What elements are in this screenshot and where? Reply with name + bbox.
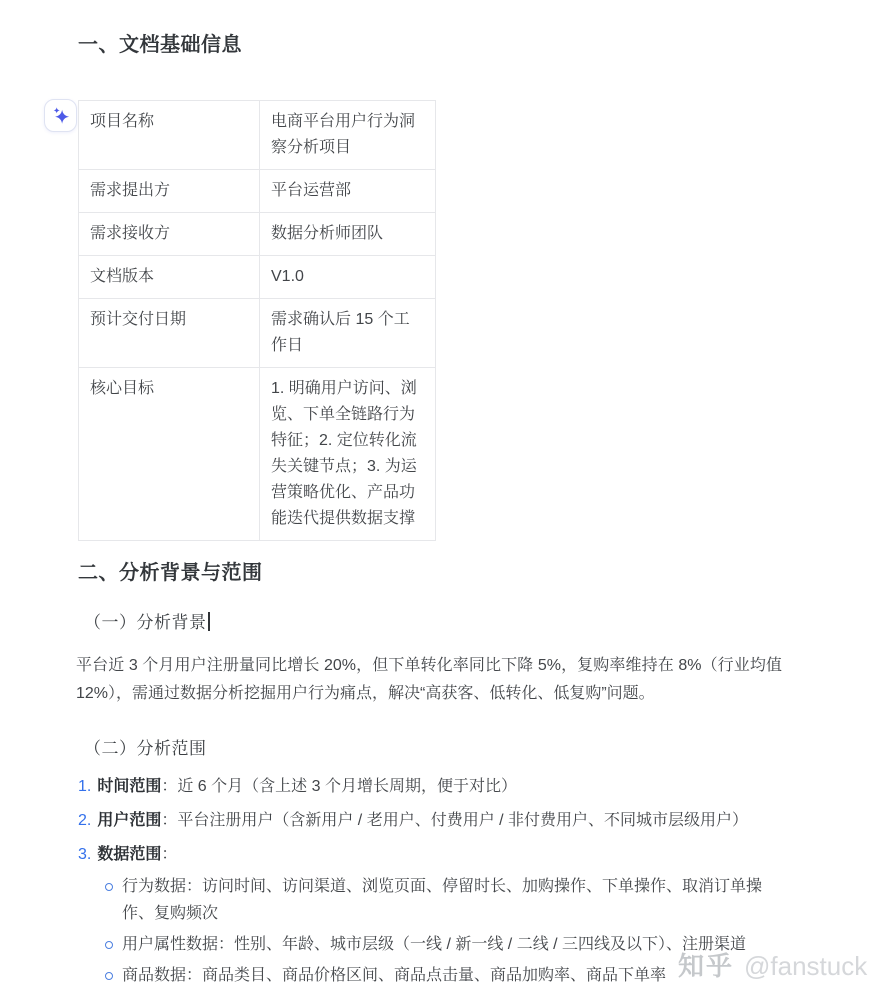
row-label: 项目名称 [79,101,260,170]
row-value: V1.0 [260,256,436,299]
subsection-background-title-wrap: （一）分析背景 [84,608,210,633]
sublist-item-text: ：性别、年龄、城市层级（一线 / 新一线 / 二线 / 三四线及以下）、注册渠道 [218,936,746,953]
section1-title: 一、文档基础信息 [78,28,242,57]
row-label: 需求提出方 [79,170,260,213]
table-row: 项目名称 电商平台用户行为洞察分析项目 [79,101,436,170]
row-value: 需求确认后 15 个工作日 [260,299,436,368]
list-item: 用户属性数据：性别、年龄、城市层级（一线 / 新一线 / 二线 / 三四线及以下… [104,931,776,958]
ai-assistant-button[interactable] [44,99,77,132]
list-item: 商品数据：商品类目、商品价格区间、商品点击量、商品加购率、商品下单率 [104,962,776,989]
list-item-text: ：近 6 个月（含上述 3 个月增长周期，便于对比） [161,778,517,795]
row-label: 需求接收方 [79,213,260,256]
scope-list: 1. 时间范围：近 6 个月（含上述 3 个月增长周期，便于对比） 2. 用户范… [78,775,778,877]
list-item-text: ： [161,846,177,863]
doc-info-table: 项目名称 电商平台用户行为洞察分析项目 需求提出方 平台运营部 需求接收方 数据… [78,100,436,541]
data-scope-sublist: 行为数据：访问时间、访问渠道、浏览页面、停留时长、加购操作、下单操作、取消订单操… [104,873,776,993]
table-row: 文档版本 V1.0 [79,256,436,299]
background-paragraph: 平台近 3 个月用户注册量同比增长 20%，但下单转化率同比下降 5%，复购率维… [76,652,782,708]
circle-bullet-icon [105,972,113,980]
sublist-item-label: 商品数据 [122,967,186,984]
circle-bullet-icon [105,941,113,949]
sublist-item-label: 用户属性数据 [122,936,218,953]
list-item: 3. 数据范围： [78,843,778,867]
section2-title: 二、分析背景与范围 [78,556,263,585]
table-row: 需求提出方 平台运营部 [79,170,436,213]
list-item: 2. 用户范围：平台注册用户（含新用户 / 老用户、付费用户 / 非付费用户、不… [78,809,778,833]
table-row: 预计交付日期 需求确认后 15 个工作日 [79,299,436,368]
row-label: 核心目标 [79,368,260,541]
text-cursor [208,612,210,631]
sublist-item-text: ：访问时间、访问渠道、浏览页面、停留时长、加购操作、下单操作、取消订单操作、复购… [122,878,762,922]
list-item-label: 时间范围 [97,778,161,795]
list-number: 2. [78,809,91,833]
row-label: 文档版本 [79,256,260,299]
subsection-background-title: （一）分析背景 [84,613,207,632]
row-value: 数据分析师团队 [260,213,436,256]
subsection-scope-title: （二）分析范围 [84,734,207,759]
list-number: 1. [78,775,91,799]
row-label: 预计交付日期 [79,299,260,368]
list-number: 3. [78,843,91,867]
list-item: 1. 时间范围：近 6 个月（含上述 3 个月增长周期，便于对比） [78,775,778,799]
row-value: 平台运营部 [260,170,436,213]
sublist-item-text: ：商品类目、商品价格区间、商品点击量、商品加购率、商品下单率 [186,967,666,984]
list-item-label: 用户范围 [97,812,161,829]
sublist-item-label: 行为数据 [122,878,186,895]
table-row: 需求接收方 数据分析师团队 [79,213,436,256]
circle-bullet-icon [105,883,113,891]
list-item-text: ：平台注册用户（含新用户 / 老用户、付费用户 / 非付费用户、不同城市层级用户… [161,812,748,829]
list-item: 行为数据：访问时间、访问渠道、浏览页面、停留时长、加购操作、下单操作、取消订单操… [104,873,776,927]
row-value: 1. 明确用户访问、浏览、下单全链路行为特征；2. 定位转化流失关键节点；3. … [260,368,436,541]
table-row: 核心目标 1. 明确用户访问、浏览、下单全链路行为特征；2. 定位转化流失关键节… [79,368,436,541]
sparkle-icon [50,105,72,127]
row-value: 电商平台用户行为洞察分析项目 [260,101,436,170]
list-item-label: 数据范围 [97,846,161,863]
